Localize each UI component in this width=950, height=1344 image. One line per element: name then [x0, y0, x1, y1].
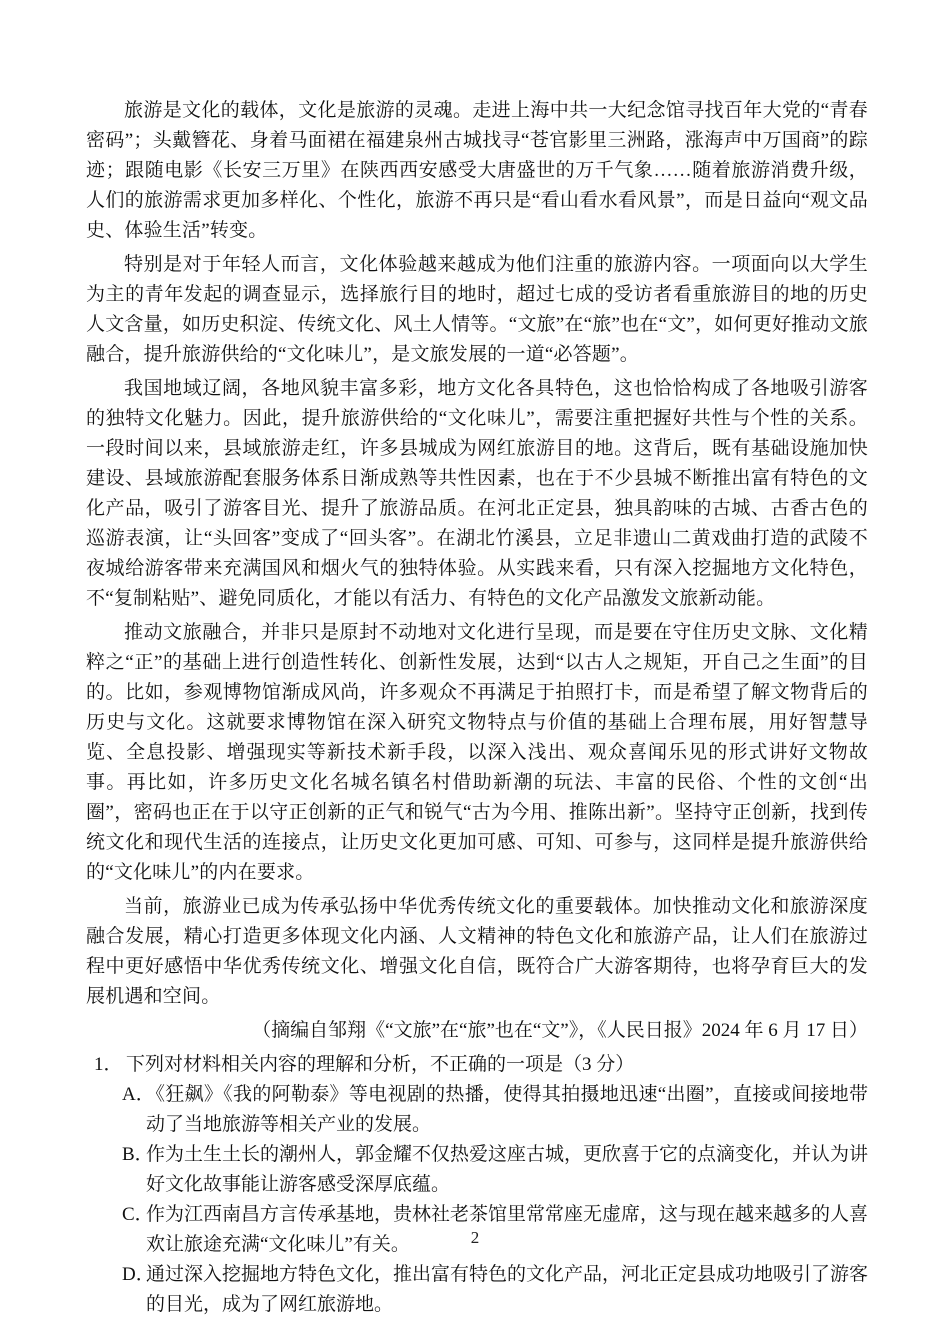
question-1-stem-row: 1． 下列对材料相关内容的理解和分析，不正确的一项是（3 分） — [86, 1050, 868, 1080]
passage-paragraph-3: 我国地域辽阔，各地风貌丰富多彩，地方文化各具特色，这也恰恰构成了各地吸引游客的独… — [86, 374, 868, 614]
option-b-label: B． — [122, 1140, 154, 1170]
passage-paragraph-1: 旅游是文化的载体，文化是旅游的灵魂。走进上海中共一大纪念馆寻找百年大党的“青春密… — [86, 96, 868, 246]
question-1-number: 1． — [94, 1050, 123, 1080]
option-a-text: 《狂飙》《我的阿勒泰》等电视剧的热播，使得其拍摄地迅速“出圈”，直接或间接地带动… — [146, 1084, 868, 1135]
page-number: 2 — [0, 1228, 950, 1248]
question-1-stem: 下列对材料相关内容的理解和分析，不正确的一项是（3 分） — [126, 1054, 634, 1075]
passage-paragraph-2: 特别是对于年轻人而言，文化体验越来越成为他们注重的旅游内容。一项面向以大学生为主… — [86, 250, 868, 370]
question-1-option-d: D． 通过深入挖掘地方特色文化，推出富有特色的文化产品，河北正定县成功地吸引了游… — [86, 1260, 868, 1320]
option-d-label: D． — [122, 1260, 155, 1290]
question-1-option-b: B． 作为土生土长的潮州人，郭金耀不仅热爱这座古城，更欣喜于它的点滴变化，并认为… — [86, 1140, 868, 1200]
passage-paragraph-5: 当前，旅游业已成为传承弘扬中华优秀传统文化的重要载体。加快推动文化和旅游深度融合… — [86, 892, 868, 1012]
exam-page: 旅游是文化的载体，文化是旅游的灵魂。走进上海中共一大纪念馆寻找百年大党的“青春密… — [0, 0, 950, 1344]
option-c-label: C． — [122, 1200, 154, 1230]
option-b-text: 作为土生土长的潮州人，郭金耀不仅热爱这座古城，更欣喜于它的点滴变化，并认为讲好文… — [146, 1144, 868, 1195]
option-d-text: 通过深入挖掘地方特色文化，推出富有特色的文化产品，河北正定县成功地吸引了游客的目… — [146, 1264, 868, 1315]
question-1: 1． 下列对材料相关内容的理解和分析，不正确的一项是（3 分） A． 《狂飙》《… — [86, 1050, 868, 1320]
option-a-label: A． — [122, 1080, 155, 1110]
passage-attribution: （摘编自邹翔《“文旅”在“旅”也在“文”》，《人民日报》2024 年 6 月 1… — [86, 1016, 868, 1046]
page-content: 旅游是文化的载体，文化是旅游的灵魂。走进上海中共一大纪念馆寻找百年大党的“青春密… — [86, 96, 868, 1320]
passage-paragraph-4: 推动文旅融合，并非只是原封不动地对文化进行呈现，而是要在守住历史文脉、文化精粹之… — [86, 618, 868, 888]
question-1-option-a: A． 《狂飙》《我的阿勒泰》等电视剧的热播，使得其拍摄地迅速“出圈”，直接或间接… — [86, 1080, 868, 1140]
